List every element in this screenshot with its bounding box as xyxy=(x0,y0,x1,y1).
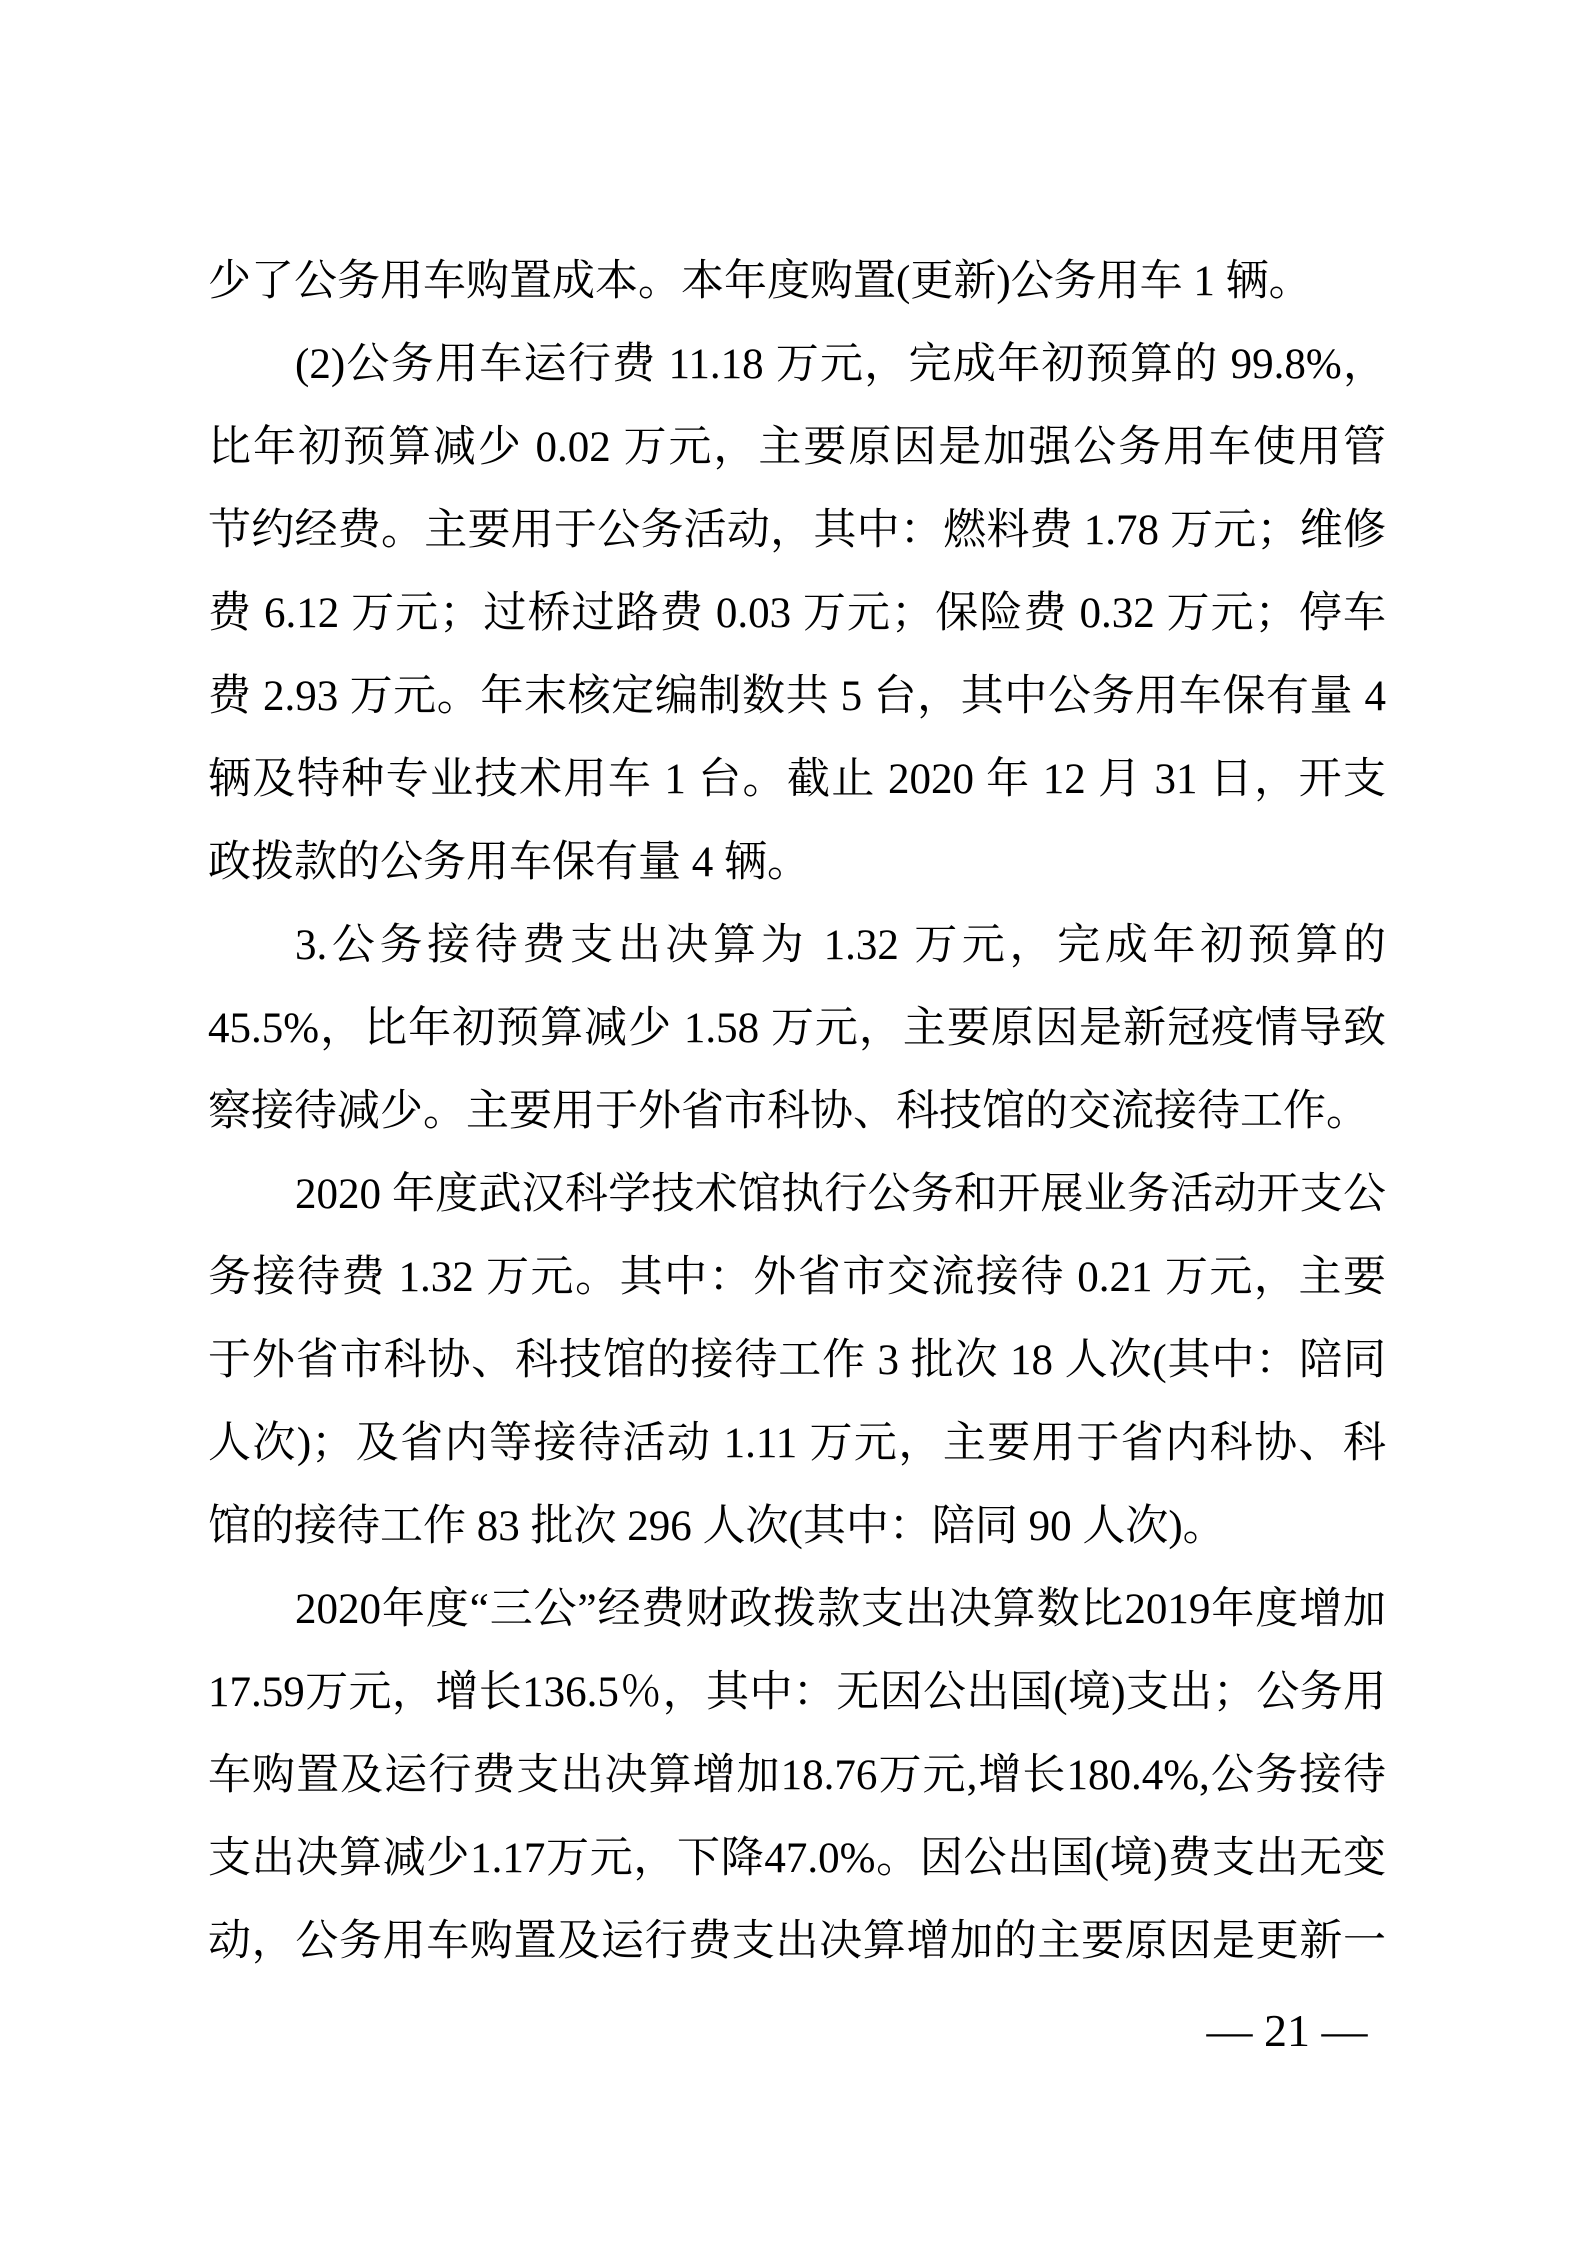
text-line: 辆及特种专业技术用车 1 台。截止 2020 年 12 月 31 日，开支财 xyxy=(208,738,1386,821)
text-line: 车购置及运行费支出决算增加18.76万元,增长180.4%,公务接待 xyxy=(208,1734,1386,1817)
text-line: 动，公务用车购置及运行费支出决算增加的主要原因是更新一辆 xyxy=(208,1900,1386,1983)
text-line: (2)公务用车运行费 11.18 万元，完成年初预算的 99.8%， xyxy=(208,323,1386,406)
text-line: 费 2.93 万元。年末核定编制数共 5 台，其中公务用车保有量 4 xyxy=(208,655,1386,738)
text-line: 2020 年度武汉科学技术馆执行公务和开展业务活动开支公 xyxy=(208,1153,1386,1236)
paragraph-reception-detail: 2020 年度武汉科学技术馆执行公务和开展业务活动开支公 务接待费 1.32 万… xyxy=(208,1153,1386,1568)
text-line: 少了公务用车购置成本。本年度购置(更新)公务用车 1 辆。 xyxy=(208,240,1386,323)
paragraph-continuation: 少了公务用车购置成本。本年度购置(更新)公务用车 1 辆。 xyxy=(208,240,1386,323)
text-line: 政拨款的公务用车保有量 4 辆。 xyxy=(208,821,1386,904)
page-number: — 21 — xyxy=(1162,2001,1412,2061)
text-line: 2020年度“三公”经费财政拨款支出决算数比2019年度增加 xyxy=(208,1568,1386,1651)
text-line: 17.59万元，增长136.5％，其中：无因公出国(境)支出；公务用 xyxy=(208,1651,1386,1734)
text-line: 人次)；及省内等接待活动 1.11 万元，主要用于省内科协、科技 xyxy=(208,1402,1386,1485)
paragraph-official-reception: 3.公务接待费支出决算为 1.32 万元，完成年初预算的 45.5%，比年初预算… xyxy=(208,904,1386,1153)
text-line: 比年初预算减少 0.02 万元，主要原因是加强公务用车使用管理， xyxy=(208,406,1386,489)
text-line: 务接待费 1.32 万元。其中：外省市交流接待 0.21 万元，主要用 xyxy=(208,1236,1386,1319)
text-line: 馆的接待工作 83 批次 296 人次(其中：陪同 90 人次)。 xyxy=(208,1485,1386,1568)
text-line: 费 6.12 万元；过桥过路费 0.03 万元；保险费 0.32 万元；停车 xyxy=(208,572,1386,655)
text-line: 节约经费。主要用于公务活动，其中：燃料费 1.78 万元；维修 xyxy=(208,489,1386,572)
paragraph-vehicle-operating-cost: (2)公务用车运行费 11.18 万元，完成年初预算的 99.8%， 比年初预算… xyxy=(208,323,1386,904)
body-text-block: 少了公务用车购置成本。本年度购置(更新)公务用车 1 辆。 (2)公务用车运行费… xyxy=(208,240,1386,1983)
text-line: 3.公务接待费支出决算为 1.32 万元，完成年初预算的 xyxy=(208,904,1386,987)
text-line: 察接待减少。主要用于外省市科协、科技馆的交流接待工作。 xyxy=(208,1070,1386,1153)
text-line: 于外省市科协、科技馆的接待工作 3 批次 18 人次(其中：陪同 9 xyxy=(208,1319,1386,1402)
paragraph-year-comparison: 2020年度“三公”经费财政拨款支出决算数比2019年度增加 17.59万元，增… xyxy=(208,1568,1386,1983)
document-page: 少了公务用车购置成本。本年度购置(更新)公务用车 1 辆。 (2)公务用车运行费… xyxy=(0,0,1587,2245)
text-line: 45.5%，比年初预算减少 1.58 万元，主要原因是新冠疫情导致考 xyxy=(208,987,1386,1070)
text-line: 支出决算减少1.17万元，下降47.0%。因公出国(境)费支出无变 xyxy=(208,1817,1386,1900)
